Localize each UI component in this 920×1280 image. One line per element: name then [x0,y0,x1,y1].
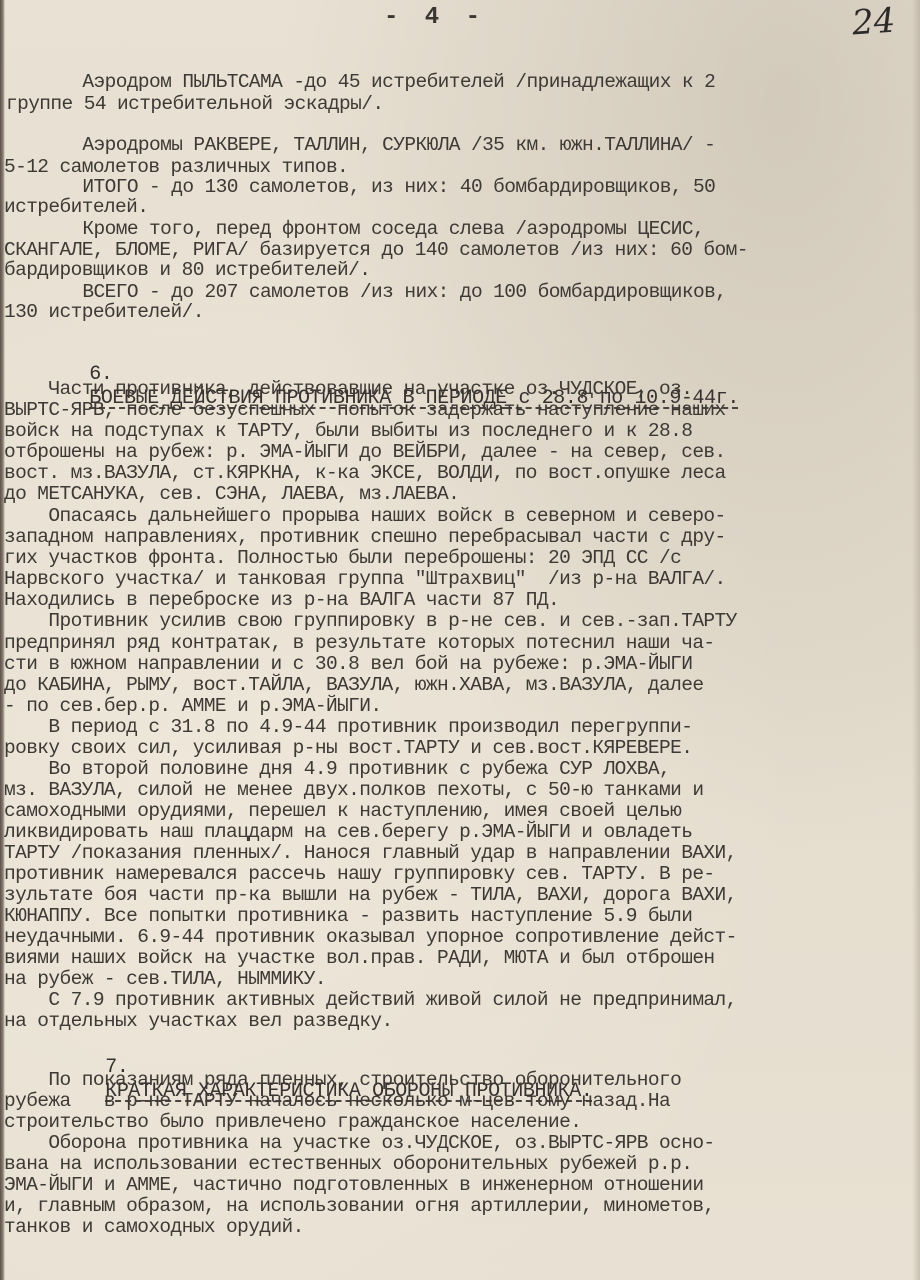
text-line: ИТОГО - до 130 самолетов, из них: 40 бом… [38,176,715,198]
archive-sheet-number: 24 [851,1,897,44]
text-line: Нарвского участка/ и танковая группа "Шт… [4,568,726,590]
text-line: Опасаясь дальнейшего прорыва наших войск… [4,505,726,527]
text-line: СКАНГАЛЕ, БЛОМЕ, РИГА/ базируется до 140… [4,239,748,261]
text-line: ТАРТУ /показания пленных/. Нанося главны… [4,842,737,864]
text-line: Оборона противника на участке оз.ЧУДСКОЕ… [4,1132,715,1154]
text-line: КЮНАППУ. Все попытки противника - развит… [4,905,692,927]
text-line: Находились в переброске из р-на ВАЛГА ча… [4,589,559,611]
text-line: Противник усилив свою группировку в р-не… [4,610,737,632]
text-line: отброшены на рубеж: р. ЭМА-ЙЫГИ до ВЕЙБР… [4,441,726,463]
text-line: и, главным образом, на использовании огн… [4,1195,715,1217]
text-line: ровку своих сил, усиливая р-ны вост.ТАРТ… [4,737,692,759]
text-line: бардировщиков и 80 истребителей/. [4,259,370,281]
text-line: Кроме того, перед фронтом соседа слева /… [38,218,704,240]
text-line: Аэродромы РАКВЕРЕ, ТАЛЛИН, СУРКЮЛА /35 к… [38,134,715,156]
text-line: самоходными орудиями, перешел к наступле… [4,800,681,822]
text-line: мз. ВАЗУЛА, силой не менее двух.полков п… [4,779,703,801]
text-line: противник намеревался рассечь нашу групп… [4,863,715,885]
text-line: 5-12 самолетов различных типов. [4,156,348,178]
text-line: группе 54 истребительной эскадры/. [6,93,383,115]
text-line: истребителей. [4,196,148,218]
page-right-edge [912,0,920,1280]
text-line: С 7.9 противник активных действий живой … [4,989,737,1011]
text-line: войск на подступах к ТАРТУ, были выбиты … [4,420,692,442]
text-line: По показаниям ряда пленных, строительств… [4,1069,681,1091]
text-line: до КАБИНА, РЫМУ, вост.ТАЙЛА, ВАЗУЛА, южн… [4,674,703,696]
text-line: зультате боя части пр-ка вышли на рубеж … [4,884,737,906]
text-line: сти в южном направлении и с 30.8 вел бой… [4,653,692,675]
text-line: Части противника, действовавшие на участ… [4,378,692,400]
text-line: - по сев.бер.р. АММЕ и р.ЭМА-ЙЫГИ. [4,695,381,717]
text-line: ЭМА-ЙЫГИ и АММЕ, частично подготовленных… [4,1174,703,1196]
text-line: В период с 31.8 по 4.9-44 противник прои… [4,716,692,738]
text-line: рубежа в р-не ТАРТУ началось несколько м… [4,1090,670,1112]
text-line: виями наших войск на участке вол.прав. Р… [4,947,715,969]
text-line: Аэродром ПЫЛЬТСАМА -до 45 истребителей /… [38,71,715,93]
text-line: ВСЕГО - до 207 самолетов /из них: до 100… [38,281,726,303]
text-line: ликвидировать наш плацдарм на сев.берегу… [4,821,692,843]
text-line: неудачными. 6.9-44 противник оказывал уп… [4,926,737,948]
page-number: - 4 - [380,4,490,31]
text-line: Во второй половине дня 4.9 противник с р… [4,758,670,780]
text-line: вост. мз.ВАЗУЛА, ст.КЯРКНА, к-ка ЭКСЕ, В… [4,462,726,484]
text-line: танков и самоходных орудий. [4,1216,304,1238]
text-line: на отдельных участках вел разведку. [4,1010,393,1032]
text-line: до МЕТСАНУКА, сев. СЭНА, ЛАЕВА, мз.ЛАЕВА… [4,483,459,505]
text-line: строительство было привлечено гражданско… [4,1111,581,1133]
text-line: гих участков фронта. Полностью были пере… [4,547,681,569]
text-line: вана на использовании естественных оборо… [4,1153,692,1175]
text-line: западном направлениях, противник спешно … [4,526,726,548]
text-line: на рубеж - сев.ТИЛА, НЫММИКУ. [4,968,326,990]
text-line: ВЫРТС-ЯРВ, после безуспешных попыток зад… [4,399,726,421]
text-line: 130 истребителей/. [4,301,204,323]
text-line: предпринял ряд контратак, в результате к… [4,632,715,654]
